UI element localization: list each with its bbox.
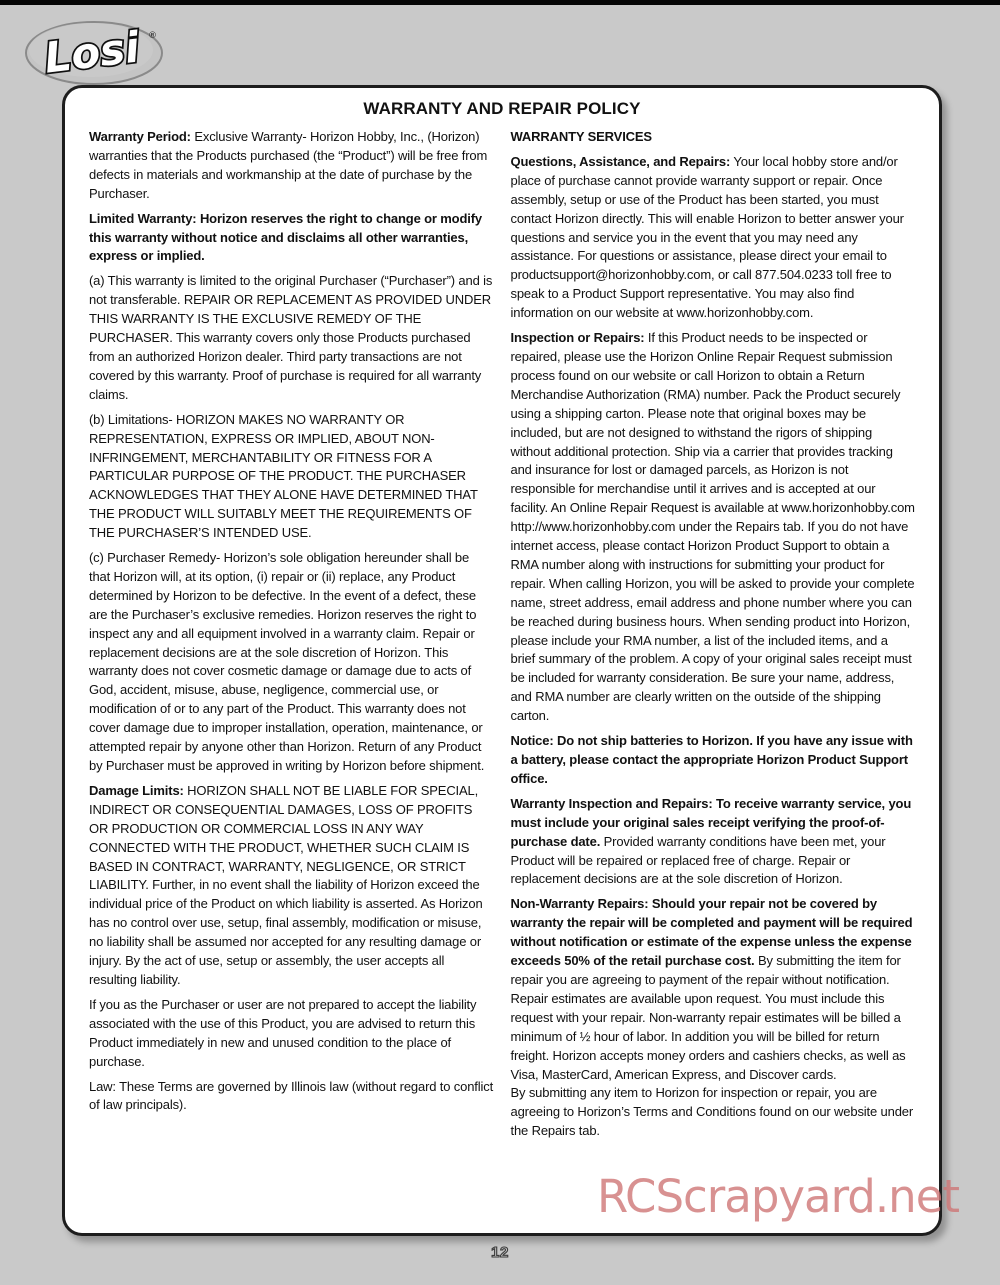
paragraph: WARRANTY SERVICES bbox=[511, 128, 916, 147]
paragraph-lead: Damage Limits: bbox=[89, 783, 184, 798]
paragraph: Warranty Inspection and Repairs: To rece… bbox=[511, 795, 916, 890]
registered-mark: ® bbox=[148, 31, 157, 41]
paragraph: (b) Limitations- HORIZON MAKES NO WARRAN… bbox=[89, 411, 494, 543]
losi-logo-graphic: Losi ® bbox=[20, 16, 168, 88]
paragraph: Inspection or Repairs: If this Product n… bbox=[511, 329, 916, 726]
paragraph-text: (a) This warranty is limited to the orig… bbox=[89, 273, 492, 401]
paragraph-lead: Limited Warranty: Horizon reserves the r… bbox=[89, 211, 482, 264]
paragraph-text: Law: These Terms are governed by Illinoi… bbox=[89, 1079, 493, 1113]
losi-logo: Losi ® bbox=[20, 16, 168, 93]
left-column: Warranty Period: Exclusive Warranty- Hor… bbox=[89, 128, 494, 1147]
paragraph: Law: These Terms are governed by Illinoi… bbox=[89, 1078, 494, 1116]
paragraph-text: (c) Purchaser Remedy- Horizon’s sole obl… bbox=[89, 550, 484, 773]
page-title: WARRANTY AND REPAIR POLICY bbox=[89, 99, 915, 119]
watermark: RCScrapyard.net bbox=[597, 1170, 959, 1223]
paragraph: Non-Warranty Repairs: Should your repair… bbox=[511, 895, 916, 1084]
paragraph: Damage Limits: HORIZON SHALL NOT BE LIAB… bbox=[89, 782, 494, 990]
paragraph: Notice: Do not ship batteries to Horizon… bbox=[511, 732, 916, 789]
paragraph-lead: WARRANTY SERVICES bbox=[511, 129, 652, 144]
warranty-policy-panel: WARRANTY AND REPAIR POLICY Warranty Peri… bbox=[62, 85, 942, 1236]
paragraph: If you as the Purchaser or user are not … bbox=[89, 996, 494, 1072]
paragraph: Limited Warranty: Horizon reserves the r… bbox=[89, 210, 494, 267]
paragraph-lead: Inspection or Repairs: bbox=[511, 330, 645, 345]
paragraph: Warranty Period: Exclusive Warranty- Hor… bbox=[89, 128, 494, 204]
paragraph-text: HORIZON SHALL NOT BE LIABLE FOR SPECIAL,… bbox=[89, 783, 483, 987]
page-number: 12 bbox=[0, 1244, 1000, 1261]
top-border-bar bbox=[0, 0, 1000, 5]
paragraph-lead: Notice: Do not ship batteries to Horizon… bbox=[511, 733, 913, 786]
paragraph-text: If this Product needs to be inspected or… bbox=[511, 330, 915, 723]
manual-page: { "page": { "title": "WARRANTY AND REPAI… bbox=[0, 0, 1000, 1285]
paragraph-text: By submitting the item for repair you ar… bbox=[511, 953, 906, 1081]
paragraph-text: (b) Limitations- HORIZON MAKES NO WARRAN… bbox=[89, 412, 478, 540]
paragraph-lead: Questions, Assistance, and Repairs: bbox=[511, 154, 731, 169]
paragraph: (a) This warranty is limited to the orig… bbox=[89, 272, 494, 404]
paragraph-text: If you as the Purchaser or user are not … bbox=[89, 997, 476, 1069]
right-column: WARRANTY SERVICESQuestions, Assistance, … bbox=[511, 128, 916, 1147]
paragraph-text: By submitting any item to Horizon for in… bbox=[511, 1085, 914, 1138]
two-column-text: Warranty Period: Exclusive Warranty- Hor… bbox=[89, 128, 915, 1147]
paragraph: By submitting any item to Horizon for in… bbox=[511, 1084, 916, 1141]
paragraph-lead: Warranty Period: bbox=[89, 129, 191, 144]
paragraph: (c) Purchaser Remedy- Horizon’s sole obl… bbox=[89, 549, 494, 776]
paragraph: Questions, Assistance, and Repairs: Your… bbox=[511, 153, 916, 323]
paragraph-text: Your local hobby store and/or place of p… bbox=[511, 154, 904, 320]
